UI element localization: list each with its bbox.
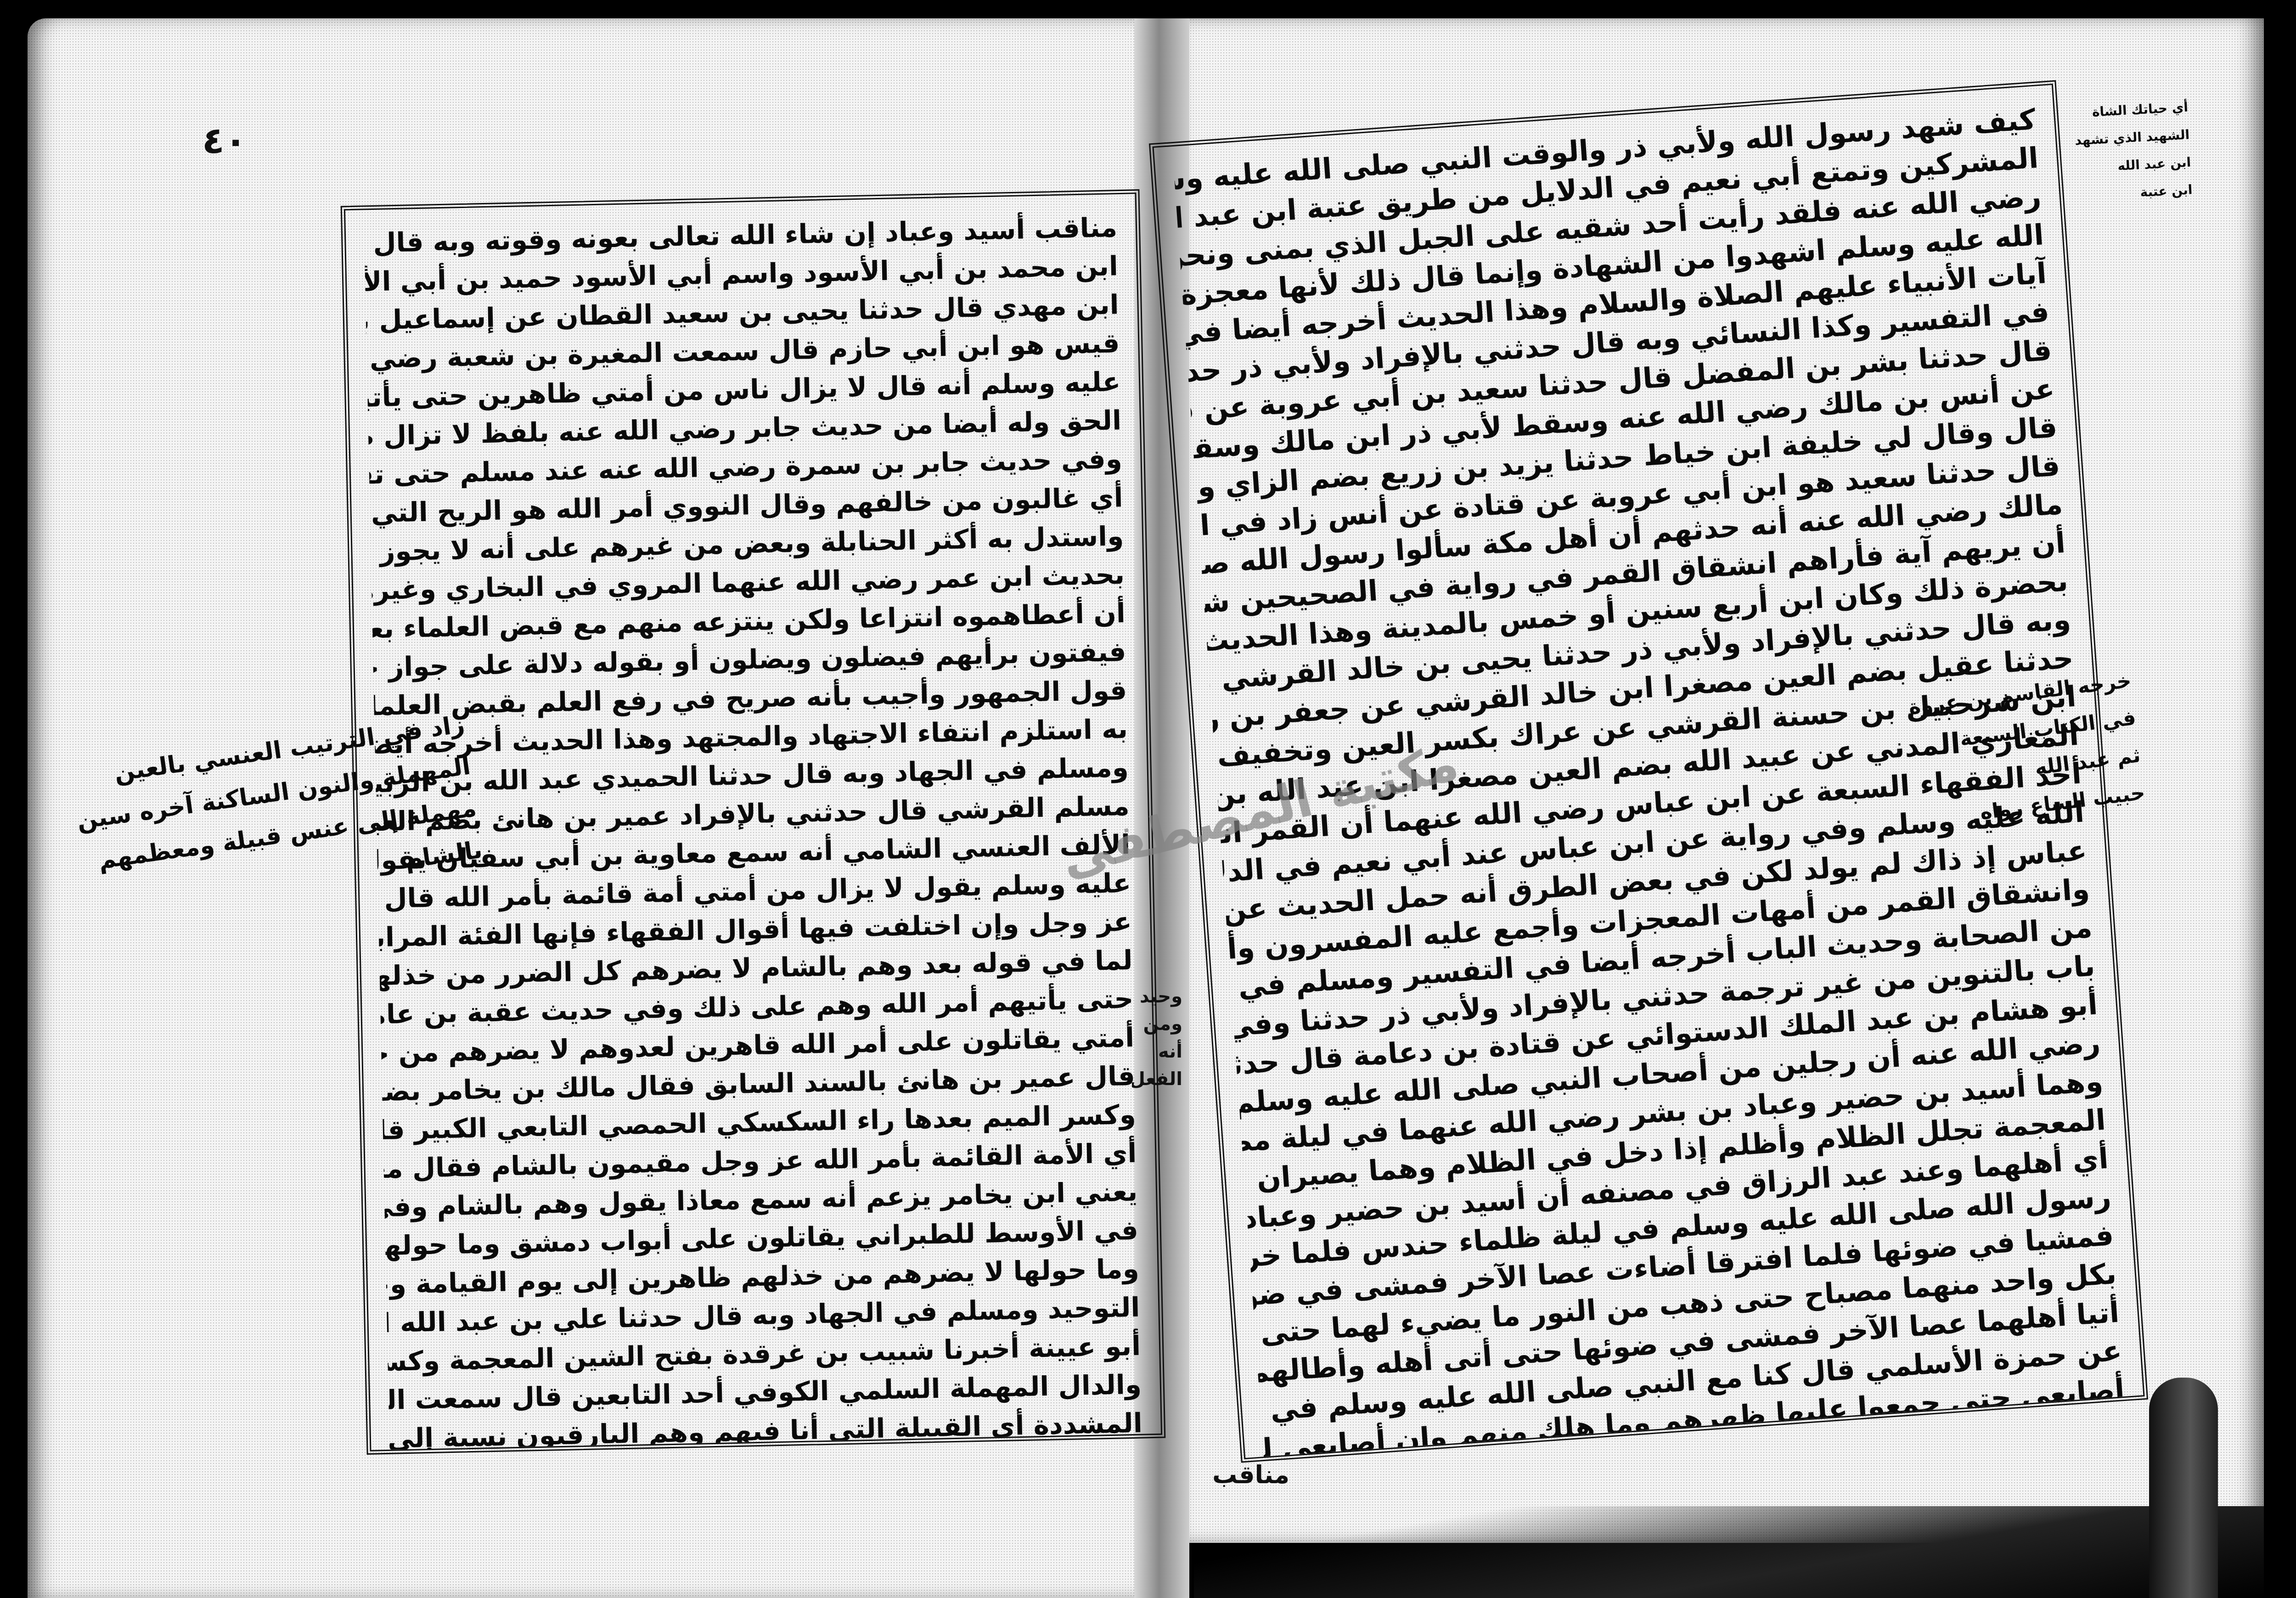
right-top-margin-note: أي حياتك الشاة الشهيد الذي تشهد ابن عبد … — [2073, 94, 2193, 210]
scan-edge — [2264, 0, 2296, 1598]
page-shadow — [1194, 1506, 2264, 1598]
margin-note-line: الفعل — [1132, 1065, 1182, 1093]
margin-note-line: ومن — [1132, 1010, 1182, 1038]
page-number: ٤٠ — [202, 119, 247, 162]
gutter-margin-note: وحيد ومن أنه الفعل — [1132, 983, 1182, 1093]
catchword: مناقب — [1212, 1460, 1289, 1489]
margin-note-line: وحيد — [1132, 983, 1182, 1010]
margin-note-line: أنه — [1132, 1038, 1182, 1065]
thumb-holding-page — [2149, 1378, 2218, 1598]
right-middle-margin-note: خرجه القاسم بن عروة في الكتاب السبعة ثم … — [1907, 662, 2147, 838]
left-page-text-block: مناقب أسيد وعباد إن شاء الله تعالى بعونه… — [341, 189, 1166, 1455]
